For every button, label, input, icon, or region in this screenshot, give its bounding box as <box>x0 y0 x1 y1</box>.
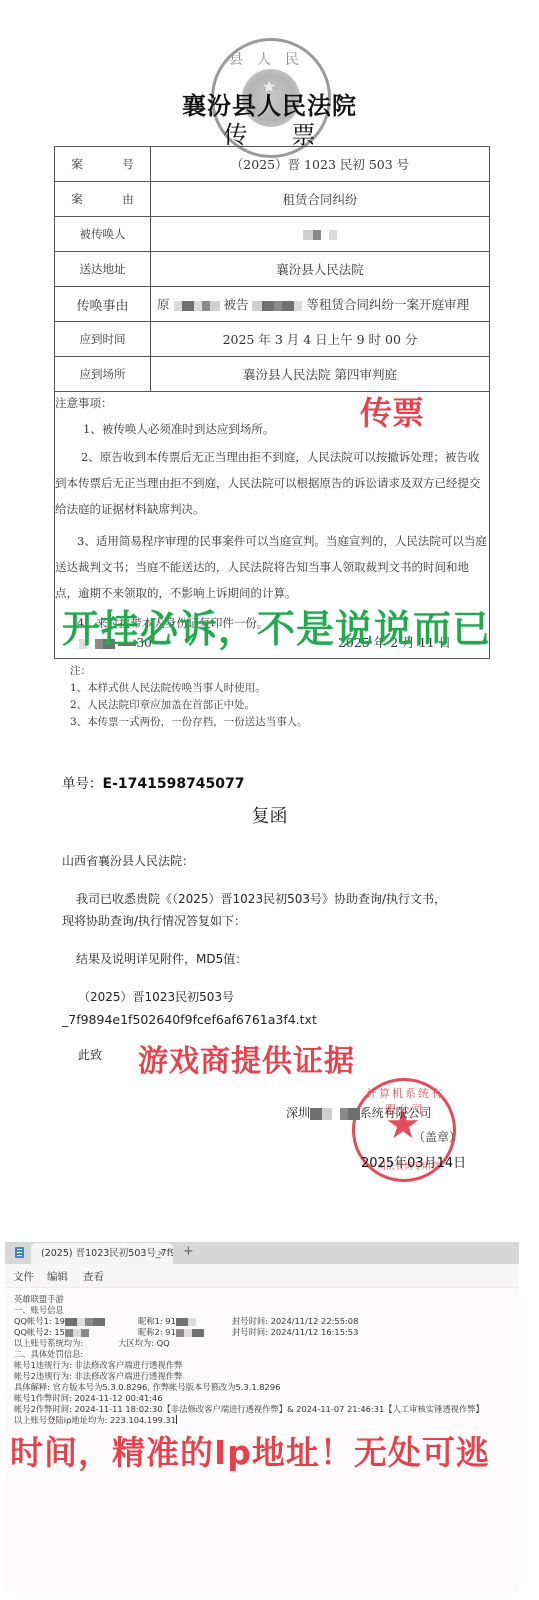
nickname-1: 昵称1: 91 <box>138 1316 196 1327</box>
menu-edit[interactable]: 编辑 <box>47 1269 68 1284</box>
table-row: 案 由 租赁合同纠纷 <box>55 182 490 217</box>
tab-document[interactable]: (2025) 晋1023民初503号_7f9 × <box>31 1243 173 1264</box>
text-line: 帐号1作弊时间: 2024-11-12 00:41:46 <box>14 1393 514 1404</box>
redaction-block <box>194 301 202 311</box>
redaction-block <box>192 1329 204 1337</box>
overlay-caption-warning: 开挂必诉，不是说说而已 <box>62 598 491 653</box>
text-line: 帐号1违规行为: 非法修改客户端进行透视作弊 <box>14 1360 514 1371</box>
notepad-text-area[interactable]: 英雄联盟手游 一、账号信息 QQ帐号1: 19 昵称1: 91 封号时间: 20… <box>14 1294 514 1426</box>
text-line: 二、具体处罚信息: <box>14 1349 514 1360</box>
redaction-block <box>188 1318 196 1326</box>
text-line: 帐号2作弊时间: 2024-11-11 18:02:30【非法修改客户端进行透视… <box>14 1404 514 1415</box>
note-item: 2、原告收到本传票后无正当理由拒不到庭，人民法院可以按撤诉处理；被告收到本传票后… <box>55 444 489 522</box>
document-type-title: 传票 <box>0 115 539 150</box>
nickname-1-label: 昵称1: 91 <box>138 1316 176 1326</box>
region-info: 大区均为: QQ <box>118 1338 170 1349</box>
overlay-caption-evidence: 游戏商提供证据 <box>138 1036 355 1080</box>
table-row: 传唤事由 原 被告 等租赁合同纠纷一案开庭审理 <box>55 287 490 322</box>
nickname-2: 昵称2: 91 <box>138 1327 204 1338</box>
notepad-window: (2025) 晋1023民初503号_7f9 × + 文件 编辑 查看 英雄联盟… <box>5 1242 519 1592</box>
qq-account-1: QQ帐号1: 19 <box>14 1316 65 1326</box>
seal-text: 县人民 <box>214 49 328 69</box>
body-line: 我司已收悉贵院《（2025）晋1023民初503号》协助查询/执行文书， <box>76 890 446 907</box>
text-line: 一、账号信息 <box>14 1305 514 1316</box>
redaction-block <box>176 1329 184 1337</box>
redaction-block <box>93 1318 105 1326</box>
stamp-note: （盖章） <box>413 1128 461 1145</box>
redaction-block <box>252 301 262 311</box>
system-info: 以上账号系统均为: <box>14 1338 83 1348</box>
redaction-block <box>210 301 220 311</box>
closing-regards: 此致 <box>78 1046 102 1063</box>
reason-middle: 被告 <box>223 297 248 312</box>
appearance-time-value: 2025 年 3 月 4 日上午 9 时 00 分 <box>151 322 490 357</box>
footnotes: 注： 1、本样式供人民法院传唤当事人时使用。 2、人民法院印章应加盖在首部正中处… <box>70 663 308 731</box>
text-line: 帐号2违规行为: 非法修改客户端进行透视作弊 <box>14 1371 514 1382</box>
body-line: 结果及说明详见附件，MD5值： <box>76 950 247 967</box>
footnotes-heading: 注： <box>70 663 308 680</box>
reply-date: 2025年03月14日 <box>361 1152 466 1171</box>
footnote-item: 3、本传票一式两份，一份存档，一份送达当事人。 <box>70 714 308 731</box>
body-line: 现将协助查询/执行情况答复如下： <box>62 912 246 929</box>
nickname-2-label: 昵称2: 91 <box>138 1327 176 1337</box>
ticket-value: E-1741598745077 <box>103 776 245 792</box>
table-row: 送达地址 襄汾县人民法院 <box>55 252 490 287</box>
appearance-time-label: 应到时间 <box>55 322 151 357</box>
summons-reason-label: 传唤事由 <box>55 287 151 322</box>
redaction-block <box>202 301 210 311</box>
note-item: 3、适用简易程序审理的民事案件可以当庭宣判。当庭宣判的，人民法院可以当庭送达裁判… <box>55 528 489 606</box>
case-number-value: （2025）晋 1023 民初 503 号 <box>151 147 490 182</box>
menu-bar: 文件 编辑 查看 <box>5 1264 519 1288</box>
notes-heading: 注意事项： <box>55 390 113 416</box>
company-name: 深圳 系统有限公司 <box>286 1104 432 1121</box>
redaction-block <box>322 1108 332 1120</box>
tab-bar: (2025) 晋1023民初503号_7f9 × + <box>5 1242 519 1264</box>
redaction-block <box>184 1329 192 1337</box>
reply-title: 复函 <box>0 802 539 828</box>
reason-suffix: 等租赁合同纠纷一案开庭审理 <box>306 297 469 312</box>
redaction-block <box>262 301 274 311</box>
redaction-block <box>313 230 321 240</box>
ip-address-line: 以上账号登陆ip地址均为: 223.104.199.31 <box>14 1415 176 1425</box>
text-line: 以上账号系统均为: 大区均为: QQ <box>14 1338 514 1349</box>
ban-time-2: 封号时间: 2024/11/12 16:15:53 <box>232 1327 358 1338</box>
redaction-block <box>73 1329 81 1337</box>
ban-time-1: 封号时间: 2024/11/12 22:55:08 <box>232 1316 358 1327</box>
summoned-person-label: 被传唤人 <box>55 217 151 252</box>
redaction-block <box>340 1108 348 1120</box>
redaction-block <box>348 1108 360 1120</box>
menu-view[interactable]: 查看 <box>83 1269 104 1284</box>
close-icon[interactable]: × <box>157 1243 165 1264</box>
qq-account-2: QQ帐号2: 15 <box>14 1327 65 1337</box>
redaction-block <box>65 1329 73 1337</box>
redaction-block <box>77 1318 85 1326</box>
redaction-block <box>274 301 282 311</box>
new-tab-button[interactable]: + <box>183 1244 194 1259</box>
case-cause-label: 案 由 <box>55 182 151 217</box>
footnote-item: 2、人民法院印章应加盖在首部正中处。 <box>70 697 308 714</box>
redaction-block <box>310 1108 322 1120</box>
court-summons-document: 县人民 ★ 襄汾县人民法院 传票 案 号 （2025）晋 1023 民初 503… <box>0 0 539 740</box>
reason-prefix: 原 <box>157 297 170 312</box>
case-number-label: 案 号 <box>55 147 151 182</box>
text-caret <box>176 1415 177 1424</box>
redaction-block <box>174 301 182 311</box>
table-row: 应到时间 2025 年 3 月 4 日上午 9 时 00 分 <box>55 322 490 357</box>
redaction-block <box>282 301 294 311</box>
redaction-block <box>303 230 313 240</box>
summoned-person-redacted <box>151 217 490 252</box>
footnote-item: 1、本样式供人民法院传唤当事人时使用。 <box>70 680 308 697</box>
attachment-name: （2025）晋1023民初503号 <box>78 988 234 1005</box>
ticket-number: 单号：E-1741598745077 <box>62 772 245 792</box>
redaction-block <box>329 230 337 240</box>
redaction-block <box>81 1329 89 1337</box>
overlay-caption-summons: 传票 <box>360 388 424 434</box>
table-row: 被传唤人 <box>55 217 490 252</box>
summons-info-table: 案 号 （2025）晋 1023 民初 503 号 案 由 租赁合同纠纷 被传唤… <box>54 146 490 392</box>
summons-reason-value: 原 被告 等租赁合同纠纷一案开庭审理 <box>151 287 490 322</box>
delivery-address-value: 襄汾县人民法院 <box>151 252 490 287</box>
table-row: 案 号 （2025）晋 1023 民初 503 号 <box>55 147 490 182</box>
tab-title: (2025) 晋1023民初503号_7f9 <box>41 1248 173 1259</box>
text-line: 以上账号登陆ip地址均为: 223.104.199.31 <box>14 1415 514 1426</box>
text-line: 英雄联盟手游 <box>14 1294 514 1305</box>
text-line: QQ帐号2: 15 昵称2: 91 封号时间: 2024/11/12 16:15… <box>14 1327 514 1338</box>
redaction-block <box>176 1318 188 1326</box>
ticket-label: 单号： <box>62 776 103 792</box>
addressee: 山西省襄汾县人民法院： <box>62 852 194 869</box>
case-cause-value: 租赁合同纠纷 <box>151 182 490 217</box>
menu-file[interactable]: 文件 <box>13 1269 34 1284</box>
redaction-block <box>294 301 302 311</box>
text-line: 具体解释: 官方版本号为5.3.0.8296, 作弊帐号版本号篡改为5.3.1.… <box>14 1382 514 1393</box>
reply-letter-document: 单号：E-1741598745077 复函 山西省襄汾县人民法院： 我司已收悉贵… <box>0 760 539 1200</box>
overlay-caption-ip: 时间，精准的Ip地址！无处可逃 <box>10 1432 490 1474</box>
redaction-block <box>182 301 194 311</box>
attachment-md5-filename: _7f9894e1f502640f9fcef6af6761a3f4.txt <box>62 1012 317 1027</box>
redaction-block <box>65 1318 77 1326</box>
company-suffix: 系统有限公司 <box>360 1106 432 1120</box>
notepad-app-icon <box>15 1247 24 1258</box>
text-line: QQ帐号1: 19 昵称1: 91 封号时间: 2024/11/12 22:55… <box>14 1316 514 1327</box>
company-prefix: 深圳 <box>286 1106 310 1120</box>
delivery-address-label: 送达地址 <box>55 252 151 287</box>
redaction-block <box>85 1318 93 1326</box>
